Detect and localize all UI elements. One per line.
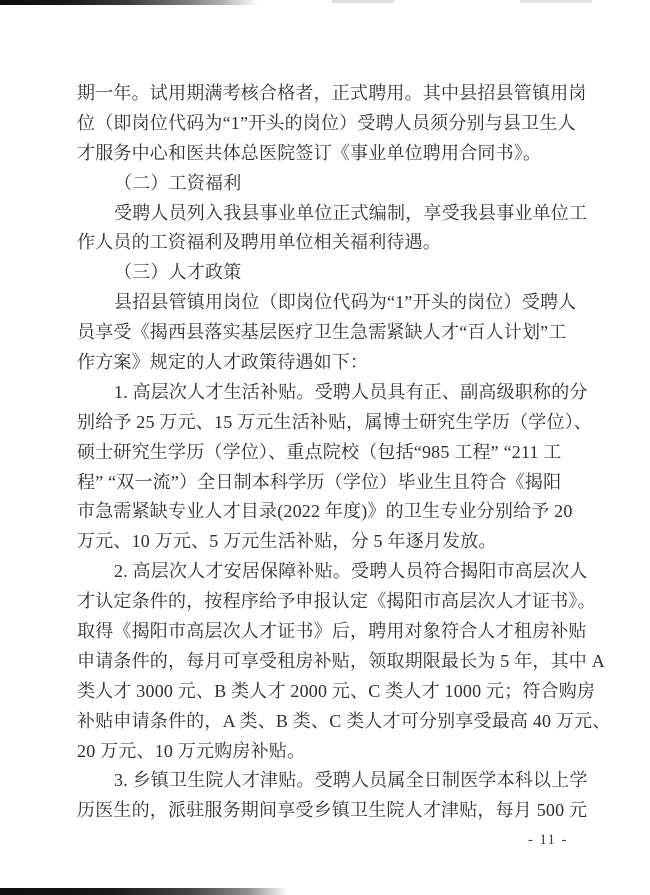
text-line: 县招县管镇用岗位（即岗位代码为“1”开头的岗位）受聘人 [77,288,589,318]
text-line: 员享受《揭西县落实基层医疗卫生急需紧缺人才“百人计划”工 [77,318,589,348]
text-line: 1. 高层次人才生活补贴。受聘人员具有正、副高级职称的分 [77,378,589,408]
text-line: （二）工资福利 [77,169,589,199]
text-line: 市急需紧缺专业人才目录(2022 年度)》的卫生专业分别给予 20 [77,497,589,527]
text-line: （三）人才政策 [77,258,589,288]
scan-artifact-top-speck [520,0,592,3]
text-line: 申请条件的，每月可享受租房补贴，领取期限最长为 5 年，其中 A [77,647,589,677]
text-line: 硕士研究生学历（学位）、重点院校（包括“985 工程” “211 工 [77,438,589,468]
text-line: 程” “双一流”）全日制本科学历（学位）毕业生且符合《揭阳 [77,468,589,498]
text-line: 20 万元、10 万元购房补贴。 [77,737,589,767]
scan-artifact-bottom [0,888,288,895]
text-line: 3. 乡镇卫生院人才津贴。受聘人员属全日制医学本科以上学 [77,766,589,796]
text-line: 作方案》规定的人才政策待遇如下： [77,348,589,378]
text-line: 万元、10 万元、5 万元生活补贴，分 5 年逐月发放。 [77,527,589,557]
text-line: 补贴申请条件的，A 类、B 类、C 类人才可分别享受最高 40 万元、 [77,707,589,737]
document-body: 期一年。试用期满考核合格者，正式聘用。其中县招县管镇用岗位（即岗位代码为“1”开… [77,79,589,826]
text-line: 2. 高层次人才安居保障补贴。受聘人员符合揭阳市高层次人 [77,557,589,587]
text-line: 受聘人员列入我县事业单位正式编制，享受我县事业单位工 [77,199,589,229]
scan-artifact-top [0,0,258,5]
document-page: 期一年。试用期满考核合格者，正式聘用。其中县招县管镇用岗位（即岗位代码为“1”开… [0,0,650,895]
text-line: 期一年。试用期满考核合格者，正式聘用。其中县招县管镇用岗 [77,79,589,109]
scan-artifact-top-speck [332,0,394,3]
text-line: 别给予 25 万元、15 万元生活补贴，属博士研究生学历（学位）、 [77,408,589,438]
text-line: 历医生的，派驻服务期间享受乡镇卫生院人才津贴，每月 500 元 [77,796,589,826]
text-line: 才服务中心和医共体总医院签订《事业单位聘用合同书》。 [77,139,589,169]
text-line: 作人员的工资福利及聘用单位相关福利待遇。 [77,228,589,258]
page-number: - 11 - [528,832,568,849]
text-line: 类人才 3000 元、B 类人才 2000 元、C 类人才 1000 元；符合购… [77,677,589,707]
text-line: 才认定条件的，按程序给予申报认定《揭阳市高层次人才证书》。 [77,587,589,617]
text-line: 位（即岗位代码为“1”开头的岗位）受聘人员须分别与县卫生人 [77,109,589,139]
text-line: 取得《揭阳市高层次人才证书》后，聘用对象符合人才租房补贴 [77,617,589,647]
